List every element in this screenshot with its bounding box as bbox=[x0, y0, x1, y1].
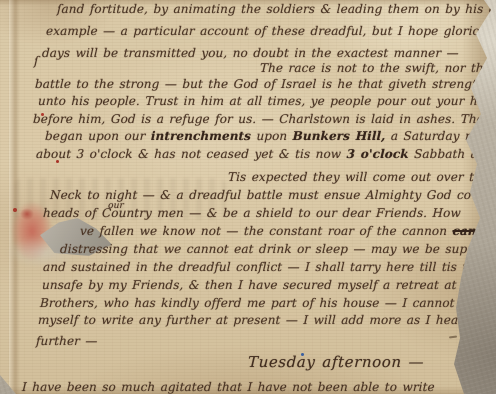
manuscript-line: ſand fortitude, by animating the soldier… bbox=[57, 2, 496, 17]
manuscript-line: Brothers, who has kindly offerd me part … bbox=[40, 296, 496, 311]
manuscript-line: battle to the strong — but the God of Is… bbox=[35, 77, 496, 92]
manuscript-line: heads of Country men — & be a shield to … bbox=[43, 206, 461, 221]
manuscript-line: before him, God is a refuge for us. — Ch… bbox=[33, 112, 496, 127]
manuscript-page: ſand fortitude, by animating the soldier… bbox=[0, 0, 496, 394]
manuscript-line: example — a particular account of these … bbox=[46, 24, 494, 39]
manuscript-line: Tuesday afternoon — bbox=[248, 355, 425, 370]
manuscript-line: distressing that we cannot eat drink or … bbox=[60, 242, 496, 257]
manuscript-line: unto his people. Trust in him at all tim… bbox=[38, 94, 496, 109]
manuscript-line: I have been so much agitated that I have… bbox=[22, 380, 435, 394]
handwriting-lines: ſand fortitude, by animating the soldier… bbox=[0, 0, 496, 394]
manuscript-line: days will be transmitted you, no doubt i… bbox=[42, 46, 459, 61]
manuscript-line: The race is not to the swift, nor the bbox=[260, 61, 491, 76]
manuscript-line: unsafe by my Friends, & then I have secu… bbox=[42, 278, 490, 293]
manuscript-line: ſ bbox=[34, 54, 39, 69]
manuscript-line: myself to write any further at present —… bbox=[38, 313, 465, 328]
manuscript-line: further — bbox=[36, 334, 98, 349]
manuscript-line: ve fallen we know not — the constant roa… bbox=[80, 224, 477, 239]
manuscript-line: began upon our intrenchments upon Bunker… bbox=[45, 129, 496, 144]
manuscript-scan: ſand fortitude, by animating the soldier… bbox=[0, 0, 496, 394]
manuscript-line: about 3 o'clock & has not ceased yet & t… bbox=[36, 147, 496, 162]
manuscript-line: Tis expected they will come out over the bbox=[228, 170, 490, 185]
manuscript-line: and sustained in the dreadful conflict —… bbox=[43, 260, 496, 275]
